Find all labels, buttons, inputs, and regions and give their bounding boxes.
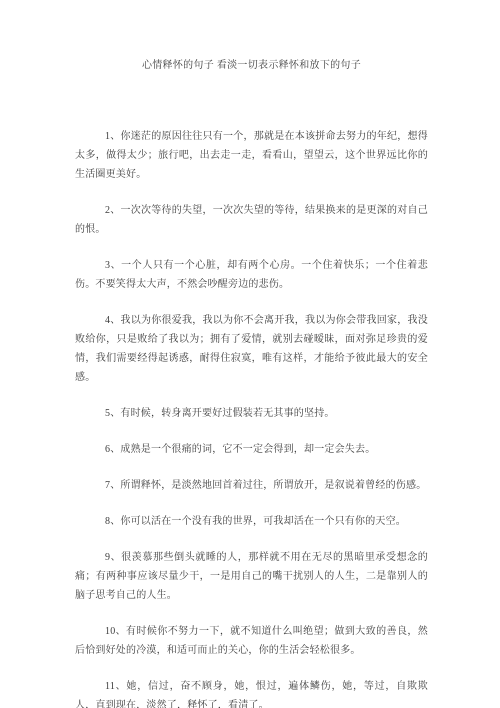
quote-paragraph-1: 1、你迷茫的原因往往只有一个，那就是在本该拼命去努力的年纪，想得太多，做得太少；…	[75, 127, 428, 184]
quote-paragraph-5: 5、有时候，转身离开要好过假装若无其事的坚持。	[75, 404, 428, 423]
page-title: 心情释怀的句子 看淡一切表示释怀和放下的句子	[75, 58, 428, 74]
quote-paragraph-3: 3、一个人只有一个心脏，却有两个心房。一个住着快乐；一个住着悲伤。不要笑得太大声…	[75, 256, 428, 294]
quote-paragraph-9: 9、很羡慕那些倒头就睡的人，那样就不用在无尽的黑暗里承受想念的痛；有两种事应该尽…	[75, 548, 428, 605]
quote-paragraph-8: 8、你可以活在一个没有我的世界，可我却活在一个只有你的天空。	[75, 512, 428, 531]
quote-paragraph-10: 10、有时候你不努力一下，就不知道什么叫绝望；做到大致的善良，然后恰到好处的冷漠…	[75, 622, 428, 660]
quote-paragraph-4: 4、我以为你很爱我，我以为你不会离开我，我以为你会带我回家，我没败给你，只是败给…	[75, 311, 428, 387]
quote-paragraph-7: 7、所谓释怀，是淡然地回首着过往，所谓放开，是叙说着曾经的伤感。	[75, 476, 428, 495]
quote-paragraph-2: 2、一次次等待的失望，一次次失望的等待，结果换来的是更深的对自己的恨。	[75, 201, 428, 239]
quote-paragraph-6: 6、成熟是一个很痛的词，它不一定会得到，却一定会失去。	[75, 440, 428, 459]
quote-paragraph-11: 11、她，信过，奋不顾身，她，恨过，遍体鳞伤，她，等过，自欺欺人，直到现在，淡然…	[75, 677, 428, 708]
document-page: 心情释怀的句子 看淡一切表示释怀和放下的句子 1、你迷茫的原因往往只有一个，那就…	[0, 0, 500, 708]
